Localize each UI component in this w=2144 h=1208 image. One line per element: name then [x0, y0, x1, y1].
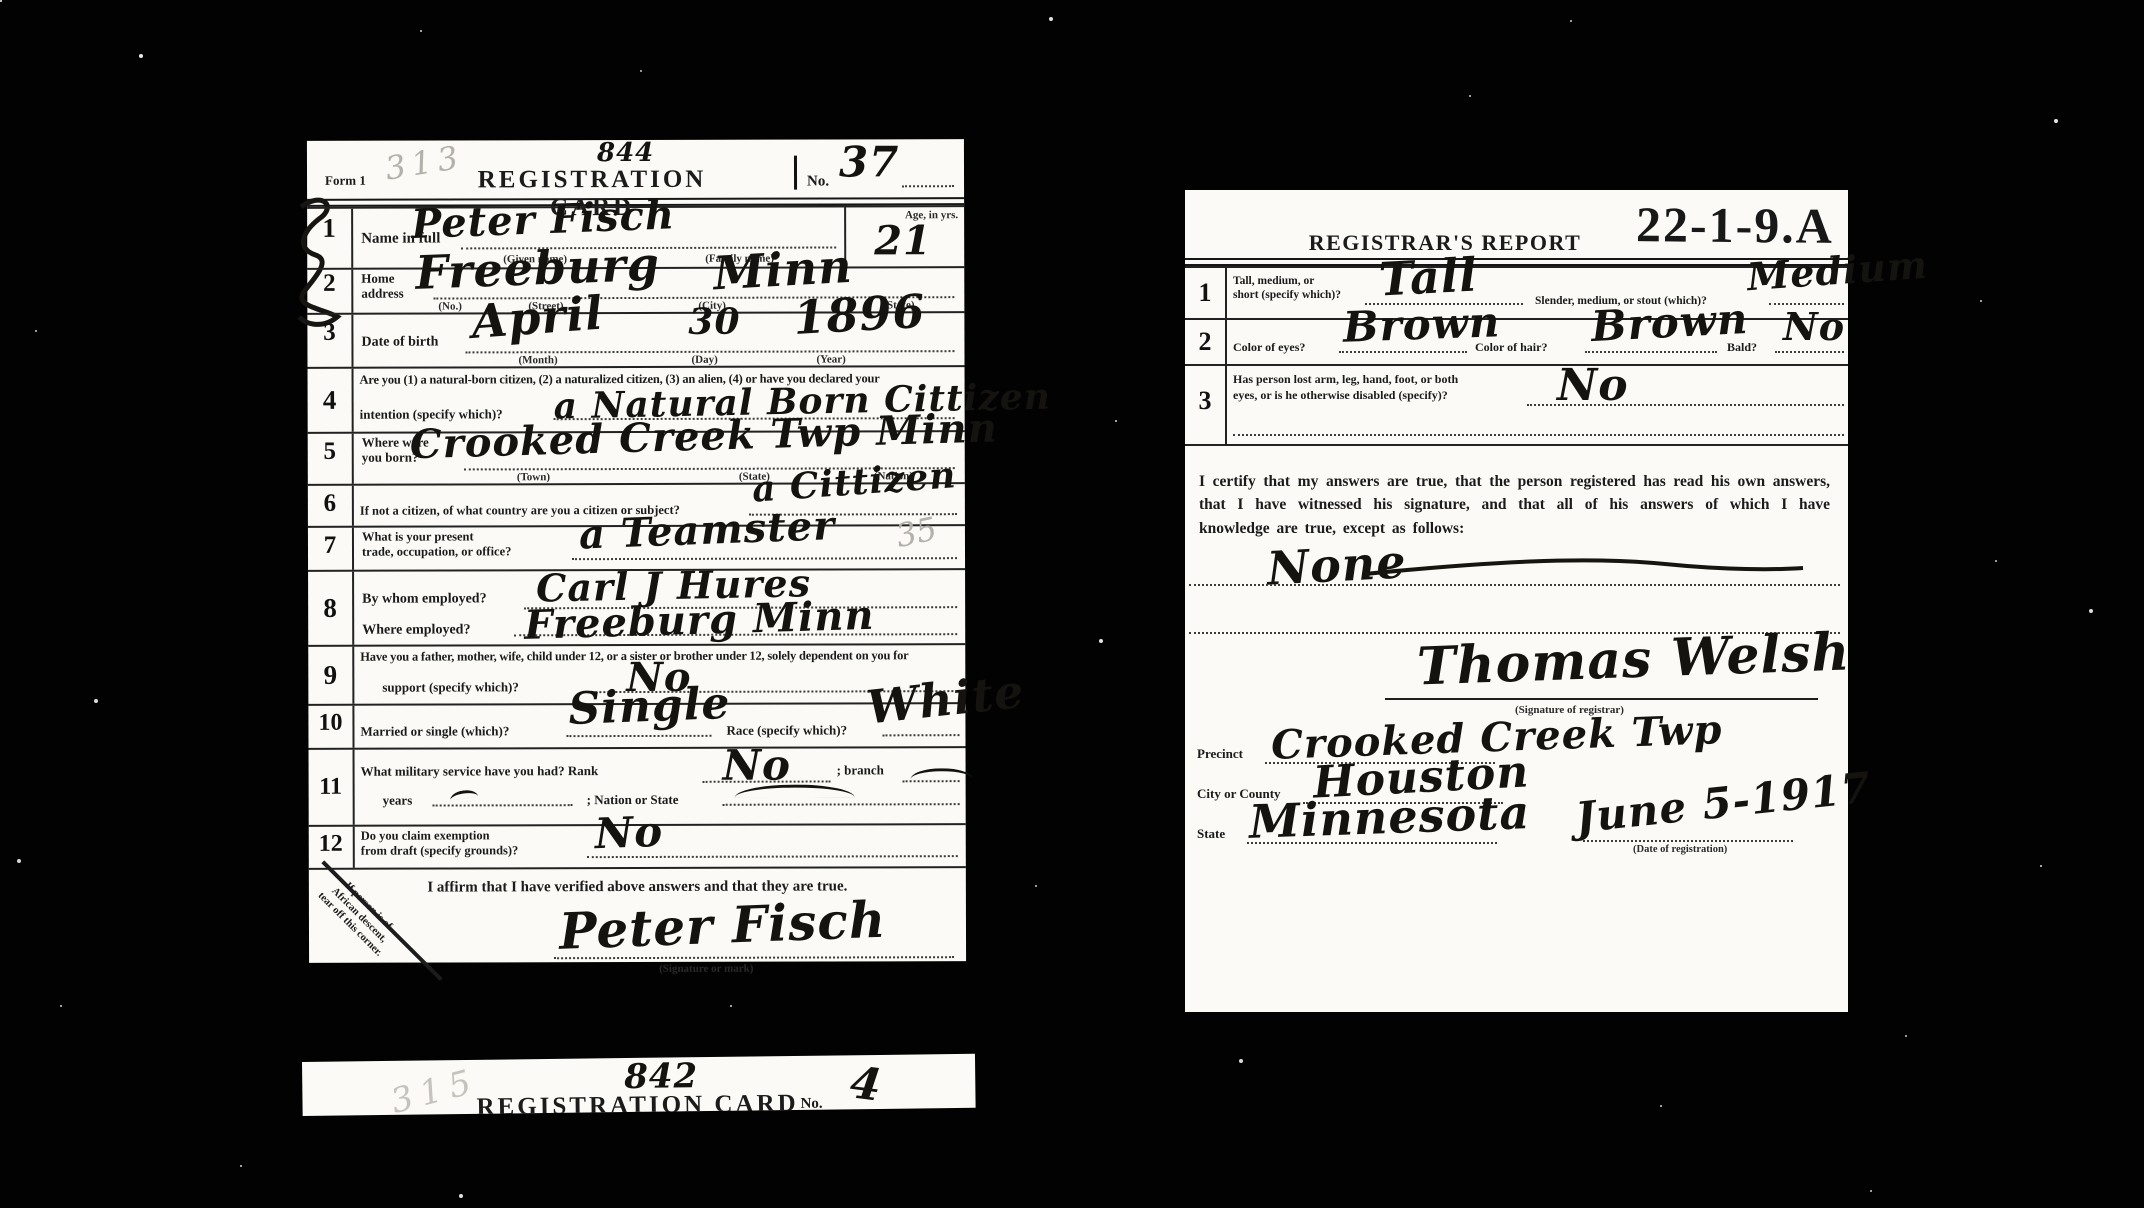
- q12-value-handwritten: No: [594, 811, 664, 856]
- q10-label1: Married or single (which)?: [360, 723, 509, 739]
- r2-label3: Bald?: [1727, 340, 1757, 355]
- question-row-3: 3 Date of birth (Month) (Day) (Year) Apr…: [307, 311, 964, 367]
- no-label: No.: [807, 173, 829, 190]
- q3-label: Date of birth: [361, 335, 438, 351]
- q10-label2: Race (specify which)?: [726, 722, 847, 738]
- registrant-signature-handwritten: Peter Fisch: [558, 895, 887, 957]
- no-value: 37: [839, 141, 900, 183]
- exception-dotted-line1: [1189, 584, 1840, 586]
- q8-value2-handwritten: Freeburg Minn: [524, 596, 875, 646]
- q8-label1: By whom employed?: [362, 591, 486, 607]
- no-value: 4: [848, 1061, 885, 1109]
- r1-value2-handwritten: Medium: [1746, 246, 1929, 297]
- q11-nation-line: [723, 803, 960, 806]
- row-number: 10: [308, 706, 354, 748]
- age-value-handwritten: 21: [874, 221, 932, 261]
- q10-answer-line2: [882, 734, 959, 736]
- scanned-page: Form 1 313 844 REGISTRATION CARD No. 37 …: [0, 0, 2144, 1208]
- row-number: 1: [307, 209, 353, 268]
- row-number: 3: [1185, 366, 1227, 444]
- form-label: Form 1: [325, 173, 366, 189]
- q3-sub-year: (Year): [816, 353, 845, 365]
- registrar-signature-line: [1385, 698, 1818, 700]
- q11-years-line: [433, 804, 573, 806]
- r1-label1: Tall, medium, or short (specify which)?: [1233, 274, 1363, 303]
- question-row-10: 10 Married or single (which)? Single Rac…: [308, 702, 965, 748]
- q2-sub-no: (No.): [438, 300, 462, 312]
- report-row-2: 2 Color of eyes? Brown Color of hair? Br…: [1185, 318, 1848, 364]
- row-number: 5: [308, 434, 354, 484]
- q11-label4: ; Nation or State: [587, 792, 679, 808]
- row-number: 7: [308, 528, 354, 570]
- row-number: 9: [308, 647, 354, 704]
- row-number: 3: [307, 315, 353, 367]
- q11-label2: ; branch: [837, 762, 884, 778]
- registration-date-handwritten: June 5-1917: [1574, 766, 1874, 839]
- q10-value2-handwritten: White: [864, 668, 1026, 731]
- q7-value-handwritten: a Teamster: [578, 506, 836, 556]
- precinct-label: Precinct: [1197, 746, 1243, 762]
- q11-rank-value-handwritten: No: [723, 745, 792, 787]
- row-number: 2: [307, 270, 353, 313]
- registration-card: Form 1 313 844 REGISTRATION CARD No. 37 …: [307, 139, 966, 963]
- q5-sub-town: (Town): [517, 471, 550, 483]
- q9-label-line2: support (specify which)?: [382, 679, 519, 695]
- signature-line: [554, 956, 954, 959]
- r2-bald-value-handwritten: No: [1783, 308, 1845, 346]
- state-value-handwritten: Minnesota: [1248, 789, 1531, 845]
- r2-hair-value-handwritten: Brown: [1590, 298, 1749, 348]
- q7-answer-line: [572, 557, 957, 560]
- row-number: 4: [308, 369, 354, 432]
- row-number: 1: [1185, 268, 1227, 318]
- scan-speckles: [0, 0, 2, 2]
- registrars-report-card: REGISTRAR'S REPORT 22-1-9.A 1 Tall, medi…: [1185, 190, 1848, 1012]
- exception-ink-flourish: [1365, 554, 1805, 580]
- state-label: State: [1197, 826, 1225, 842]
- header-divider-bar: [794, 156, 797, 190]
- r2-label1: Color of eyes?: [1233, 340, 1305, 355]
- registration-date-line: [1583, 840, 1793, 842]
- r2-hair-line: [1585, 351, 1717, 353]
- no-dotted-line: [902, 185, 954, 187]
- signature-section: I affirm that I have verified above answ…: [309, 866, 966, 990]
- row-number: 8: [308, 572, 354, 645]
- registration-date-caption: (Date of registration): [1633, 844, 1727, 855]
- r2-label2: Color of hair?: [1475, 340, 1547, 355]
- q11-branch-ink-dash: [911, 768, 973, 779]
- q3-sub-day: (Day): [691, 354, 717, 366]
- r1-value1-handwritten: Tall: [1378, 251, 1479, 302]
- no-label: No.: [800, 1096, 822, 1113]
- q10-value1-handwritten: Single: [568, 682, 732, 732]
- r2-eyes-line: [1339, 351, 1467, 353]
- r2-bald-line: [1775, 351, 1844, 353]
- q12-label: Do you claim exemption from draft (speci…: [361, 828, 591, 859]
- q11-label1: What military service have you had? Rank: [361, 763, 599, 780]
- report-header: REGISTRAR'S REPORT 22-1-9.A: [1185, 190, 1848, 258]
- q8-label2: Where employed?: [362, 622, 470, 638]
- q2-city-handwritten: Freeburg: [414, 241, 660, 296]
- r3-extra-line: [1233, 434, 1844, 436]
- report-row-1: 1 Tall, medium, or short (specify which)…: [1185, 266, 1848, 318]
- q3-sub-month: (Month): [518, 354, 557, 366]
- stamp-number: 22-1-9.A: [1636, 195, 1834, 255]
- registration-card-header: Form 1 313 844 REGISTRATION CARD No. 37: [307, 139, 964, 199]
- registrar-signature-handwritten: Thomas Welsh: [1416, 626, 1851, 693]
- location-section: Precinct Crooked Creek Twp City or Count…: [1185, 728, 1848, 858]
- certification-text: I certify that my answers are true, that…: [1199, 470, 1830, 540]
- row-number: 11: [309, 750, 355, 825]
- r3-label: Has person lost arm, leg, hand, foot, or…: [1233, 372, 1533, 403]
- q3-year-handwritten: 1896: [792, 288, 926, 341]
- q3-day-handwritten: 30: [688, 304, 740, 340]
- ink-serial-number: 844: [597, 140, 654, 166]
- q10-answer-line1: [566, 735, 711, 737]
- q11-branch-line: [903, 780, 960, 782]
- q7-label: What is your present trade, occupation, …: [362, 529, 582, 560]
- q3-month-handwritten: April: [470, 290, 605, 345]
- report-row-3: 3 Has person lost arm, leg, hand, foot, …: [1185, 364, 1848, 446]
- partial-registration-card: 315 842 REGISTRATION CARD No. 4: [302, 1054, 976, 1116]
- ink-serial-number: 842: [624, 1059, 698, 1094]
- r3-value-handwritten: No: [1557, 364, 1629, 408]
- row-number: 2: [1185, 320, 1227, 364]
- age-box: Age, in yrs. 21: [844, 207, 964, 266]
- card-title: REGISTRATION CARD: [462, 1090, 812, 1116]
- q11-years-ink-dash: [449, 789, 478, 801]
- row-number: 6: [308, 486, 354, 526]
- signature-caption: (Signature or mark): [659, 963, 753, 975]
- q7-pencil-note: 35: [893, 512, 940, 552]
- q11-label3: years: [383, 793, 413, 809]
- question-row-8: 8 By whom employed? Carl J Hures Where e…: [308, 568, 965, 645]
